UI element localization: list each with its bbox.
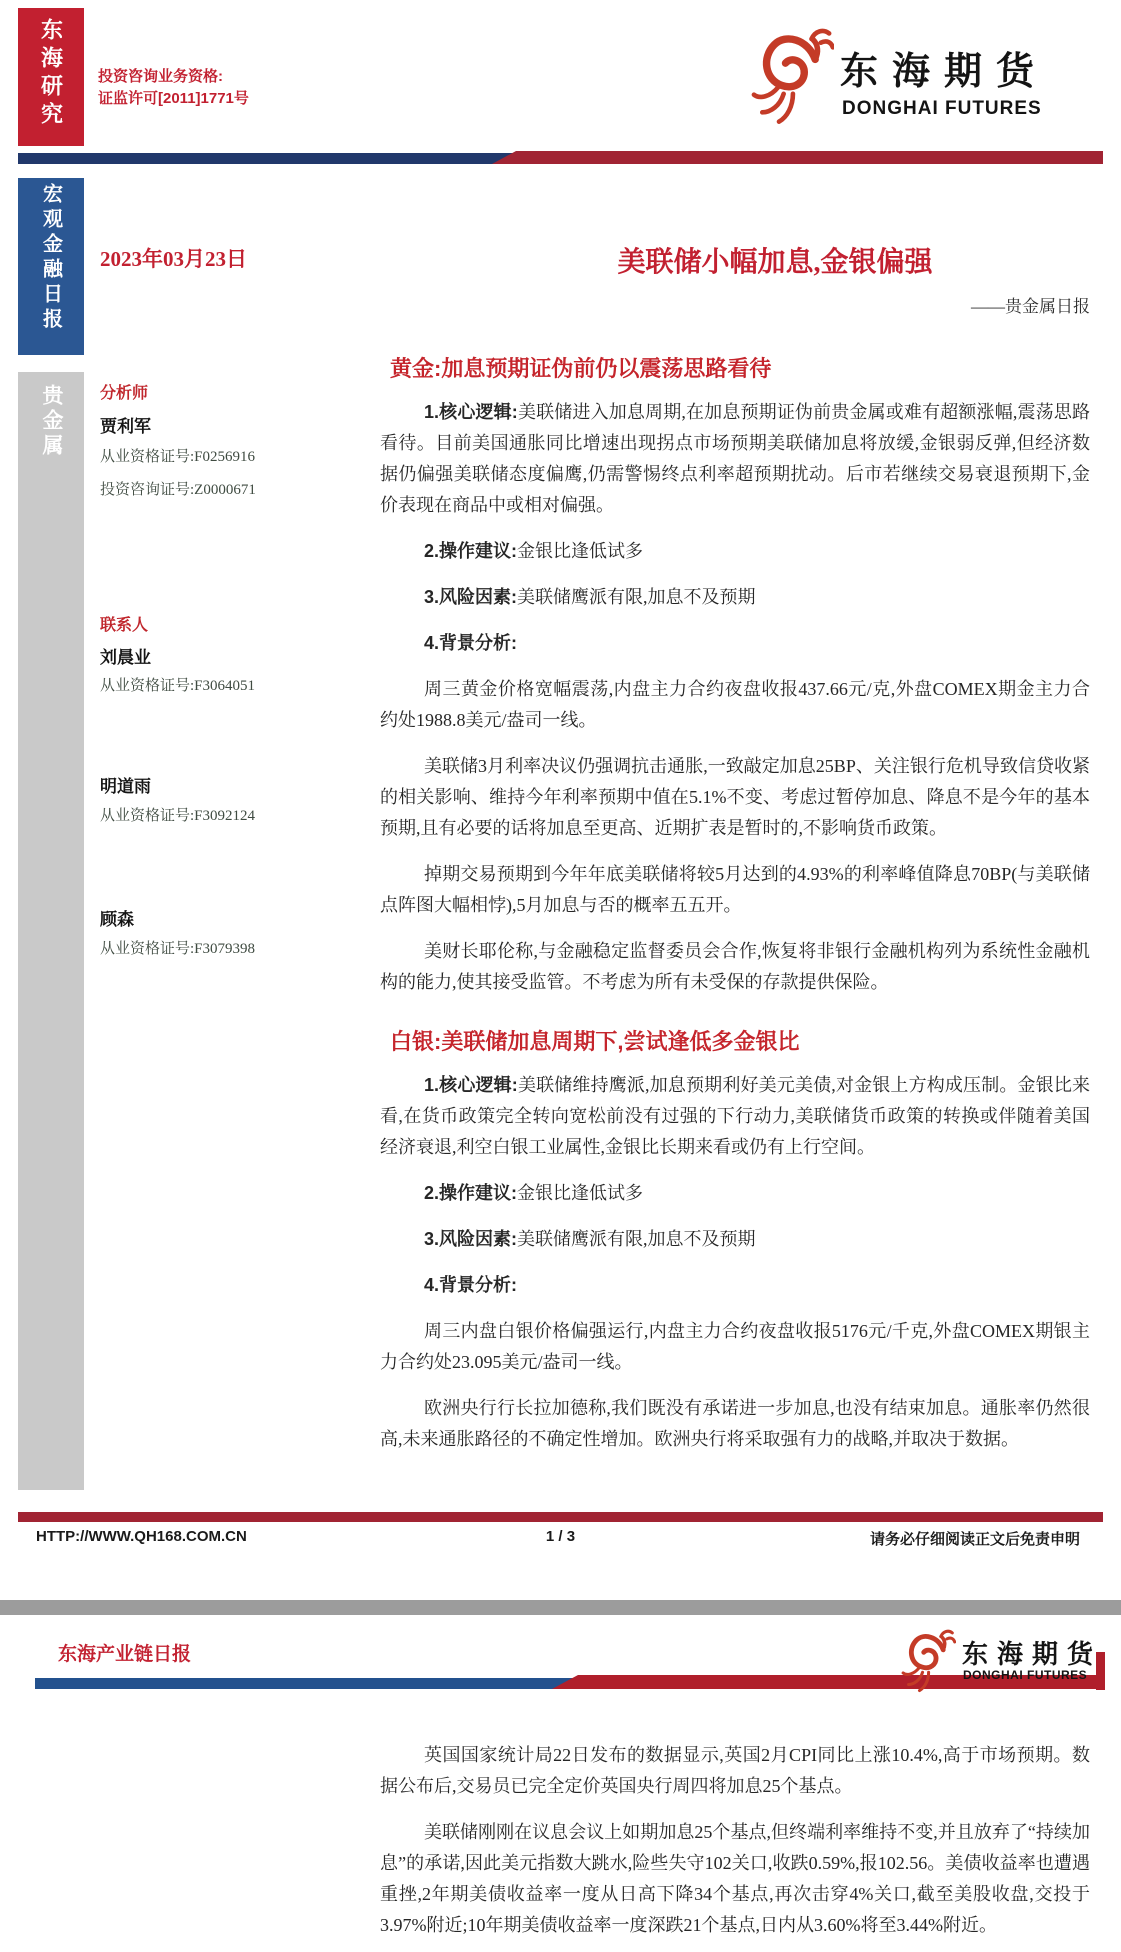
contact-name-1: 刘晨业 <box>100 643 340 668</box>
page-separator <box>0 1600 1121 1615</box>
contact-name-2: 明道雨 <box>100 772 340 797</box>
report-date: 2023年03月23日 <box>100 243 247 273</box>
paragraph-label: 3.风险因素: <box>424 1229 517 1249</box>
page2-content: 英国国家统计局22日发布的数据显示,英国2月CPI同比上涨10.4%,高于市场预… <box>380 1740 1090 1952</box>
silver-paragraph-3: 3.风险因素:美联储鹰派有限,加息不及预期 <box>380 1224 1090 1255</box>
credential-label: 从业资格证号: <box>100 941 194 957</box>
paragraph-text: 美联储鹰派有限,加息不及预期 <box>517 1229 756 1249</box>
gold-paragraph-3: 3.风险因素:美联储鹰派有限,加息不及预期 <box>380 582 1090 613</box>
contact-name-3: 顾森 <box>100 905 340 930</box>
paragraph-text: 美联储刚刚在议息会议上如期加息25个基点,但终端利率维持不变,并且放弃了“持续加… <box>380 1822 1090 1935</box>
main-content: 黄金:加息预期证伪前仍以震荡思路看待 1.核心逻辑:美联储进入加息周期,在加息预… <box>380 352 1090 1470</box>
paragraph-text: 美联储鹰派有限,加息不及预期 <box>517 587 756 607</box>
dragon-logo-icon <box>900 1628 956 1696</box>
page2-header-title: 东海产业链日报 <box>58 1639 191 1666</box>
report-type-label: 宏观金融日报 <box>37 178 66 355</box>
contact-credential-1: 从业资格证号:F3064051 <box>100 674 380 695</box>
logo-accent-tick <box>1096 1652 1105 1690</box>
paragraph-label: 3.风险因素: <box>424 587 517 607</box>
research-tag-box: 东海研究 <box>18 8 84 146</box>
credential-label: 从业资格证号: <box>100 449 194 465</box>
category-box: 贵金属 <box>18 372 84 1490</box>
silver-paragraph-1: 1.核心逻辑:美联储维持鹰派,加息预期利好美元美债,对金银上方构成压制。金银比来… <box>380 1070 1090 1163</box>
page2-paragraph-1: 英国国家统计局22日发布的数据显示,英国2月CPI同比上涨10.4%,高于市场预… <box>380 1740 1090 1802</box>
dragon-logo-icon <box>750 26 834 130</box>
paragraph-label: 4.背景分析: <box>424 1275 517 1295</box>
category-label: 贵金属 <box>36 372 66 459</box>
paragraph-label: 2.操作建议: <box>424 1183 517 1203</box>
paragraph-text: 金银比逢低试多 <box>517 1183 643 1203</box>
report-title: 美联储小幅加息,金银偏强 <box>560 240 990 280</box>
gold-paragraph-1: 1.核心逻辑:美联储进入加息周期,在加息预期证伪前贵金属或难有超额涨幅,震荡思路… <box>380 397 1090 521</box>
paragraph-label: 1.核心逻辑: <box>424 1075 518 1095</box>
license-line1: 投资咨询业务资格: <box>98 66 249 88</box>
gold-paragraph-8: 美财长耶伦称,与金融稳定监督委员会合作,恢复将非银行金融机构列为系统性金融机构的… <box>380 936 1090 998</box>
report-subtitle: ——贵金属日报 <box>830 292 1090 317</box>
silver-paragraph-5: 周三内盘白银价格偏强运行,内盘主力合约夜盘收报5176元/千克,外盘COMEX期… <box>380 1316 1090 1378</box>
report-type-box: 宏观金融日报 <box>18 178 84 355</box>
credential-label: 投资咨询证号: <box>100 482 194 498</box>
logo-cn-text: 东海期货 <box>962 1634 1102 1671</box>
gold-paragraph-4: 4.背景分析: <box>380 628 1090 659</box>
analyst-credential-1: 从业资格证号:F0256916 <box>100 445 380 466</box>
header-divider-red <box>492 151 1103 164</box>
gold-section-heading: 黄金:加息预期证伪前仍以震荡思路看待 <box>380 352 1090 383</box>
report-document: 东海研究 投资咨询业务资格: 证监许可[2011]1771号 东海期货 DONG… <box>0 0 1121 1952</box>
contact-section-label: 联系人 <box>100 612 340 635</box>
paragraph-text: 金银比逢低试多 <box>517 541 643 561</box>
paragraph-text: 周三内盘白银价格偏强运行,内盘主力合约夜盘收报5176元/千克,外盘COMEX期… <box>380 1321 1090 1372</box>
logo-en-text: DONGHAI FUTURES <box>963 1668 1087 1682</box>
footer-divider <box>18 1512 1103 1522</box>
license-block: 投资咨询业务资格: 证监许可[2011]1771号 <box>98 66 249 110</box>
paragraph-text: 欧洲央行行长拉加德称,我们既没有承诺进一步加息,也没有结束加息。通胀率仍然很高,… <box>380 1398 1090 1449</box>
logo-cn-text: 东海期货 <box>840 40 1048 95</box>
credential-label: 从业资格证号: <box>100 808 194 824</box>
credential-value: Z0000671 <box>194 482 256 498</box>
credential-label: 从业资格证号: <box>100 678 194 694</box>
paragraph-text: 美联储3月利率决议仍强调抗击通胀,一致敲定加息25BP、关注银行危机导致信贷收紧… <box>380 756 1090 838</box>
gold-paragraph-5: 周三黄金价格宽幅震荡,内盘主力合约夜盘收报437.66元/克,外盘COMEX期金… <box>380 674 1090 736</box>
credential-value: F0256916 <box>194 449 255 465</box>
credential-value: F3079398 <box>194 941 255 957</box>
paragraph-text: 周三黄金价格宽幅震荡,内盘主力合约夜盘收报437.66元/克,外盘COMEX期金… <box>380 679 1090 730</box>
paragraph-label: 1.核心逻辑: <box>424 402 518 422</box>
silver-paragraph-2: 2.操作建议:金银比逢低试多 <box>380 1178 1090 1209</box>
analyst-credential-2: 投资咨询证号:Z0000671 <box>100 478 380 499</box>
gold-paragraph-6: 美联储3月利率决议仍强调抗击通胀,一致敲定加息25BP、关注银行危机导致信贷收紧… <box>380 751 1090 844</box>
contact-credential-3: 从业资格证号:F3079398 <box>100 937 380 958</box>
paragraph-text: 英国国家统计局22日发布的数据显示,英国2月CPI同比上涨10.4%,高于市场预… <box>380 1745 1090 1796</box>
page2-paragraph-2: 美联储刚刚在议息会议上如期加息25个基点,但终端利率维持不变,并且放弃了“持续加… <box>380 1817 1090 1941</box>
gold-paragraph-2: 2.操作建议:金银比逢低试多 <box>380 536 1090 567</box>
analyst-name: 贾利军 <box>100 412 340 437</box>
footer-disclaimer: 请务必仔细阅读正文后免责申明 <box>700 1528 1080 1549</box>
gold-paragraph-7: 掉期交易预期到今年年底美联储将较5月达到的4.93%的利率峰值降息70BP(与美… <box>380 859 1090 921</box>
paragraph-label: 2.操作建议: <box>424 541 517 561</box>
paragraph-label: 4.背景分析: <box>424 633 517 653</box>
credential-value: F3064051 <box>194 678 255 694</box>
page2-divider-blue <box>35 1678 575 1689</box>
paragraph-text: 掉期交易预期到今年年底美联储将较5月达到的4.93%的利率峰值降息70BP(与美… <box>380 864 1090 915</box>
research-tag-label: 东海研究 <box>36 8 67 146</box>
contact-credential-2: 从业资格证号:F3092124 <box>100 804 380 825</box>
logo-en-text: DONGHAI FUTURES <box>842 98 1042 120</box>
silver-section-heading: 白银:美联储加息周期下,尝试逢低多金银比 <box>380 1025 1090 1056</box>
paragraph-text: 美财长耶伦称,与金融稳定监督委员会合作,恢复将非银行金融机构列为系统性金融机构的… <box>380 941 1090 992</box>
analyst-section-label: 分析师 <box>100 380 340 403</box>
silver-paragraph-4: 4.背景分析: <box>380 1270 1090 1301</box>
credential-value: F3092124 <box>194 808 255 824</box>
silver-paragraph-6: 欧洲央行行长拉加德称,我们既没有承诺进一步加息,也没有结束加息。通胀率仍然很高,… <box>380 1393 1090 1455</box>
license-line2: 证监许可[2011]1771号 <box>98 88 249 110</box>
